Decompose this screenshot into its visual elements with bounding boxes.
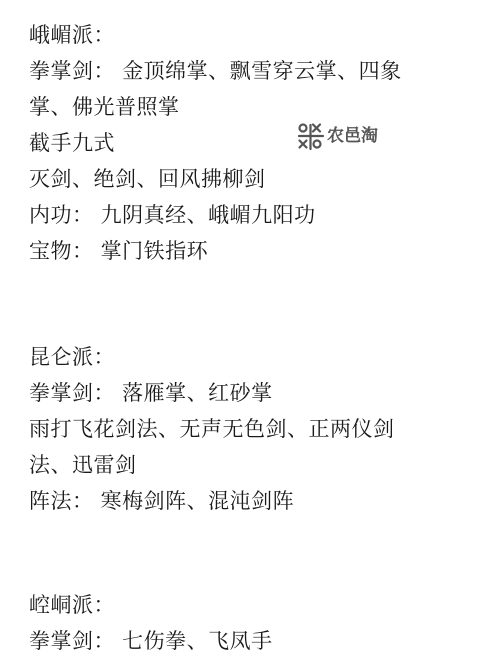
watermark: 农邑淘 bbox=[297, 122, 378, 150]
watermark-text: 农邑淘 bbox=[327, 121, 378, 146]
nongyitao-logo-icon bbox=[297, 122, 325, 150]
text-line: 拳掌剑： 落雁掌、红砂掌 bbox=[29, 378, 273, 408]
text-line: 法、迅雷剑 bbox=[29, 450, 137, 480]
text-line: 内功： 九阴真经、峨嵋九阳功 bbox=[29, 200, 316, 230]
text-line: 截手九式 bbox=[29, 128, 115, 158]
text-line: 灭剑、绝剑、回风拂柳剑 bbox=[29, 164, 266, 194]
text-line: 宝物： 掌门铁指环 bbox=[29, 236, 208, 266]
text-line: 掌、佛光普照掌 bbox=[29, 92, 180, 122]
text-line: 拳掌剑： 金顶绵掌、飘雪穿云掌、四象 bbox=[29, 56, 402, 86]
text-line: 雨打飞花剑法、无声无色剑、正两仪剑 bbox=[29, 414, 395, 444]
section-title-emei: 峨嵋派： bbox=[29, 20, 115, 50]
section-title-kunlun: 昆仑派： bbox=[29, 342, 115, 372]
text-line: 阵法： 寒梅剑阵、混沌剑阵 bbox=[29, 486, 294, 516]
section-title-kongtong: 崆峒派： bbox=[29, 590, 115, 620]
text-line: 拳掌剑： 七伤拳、飞凤手 bbox=[29, 626, 273, 656]
